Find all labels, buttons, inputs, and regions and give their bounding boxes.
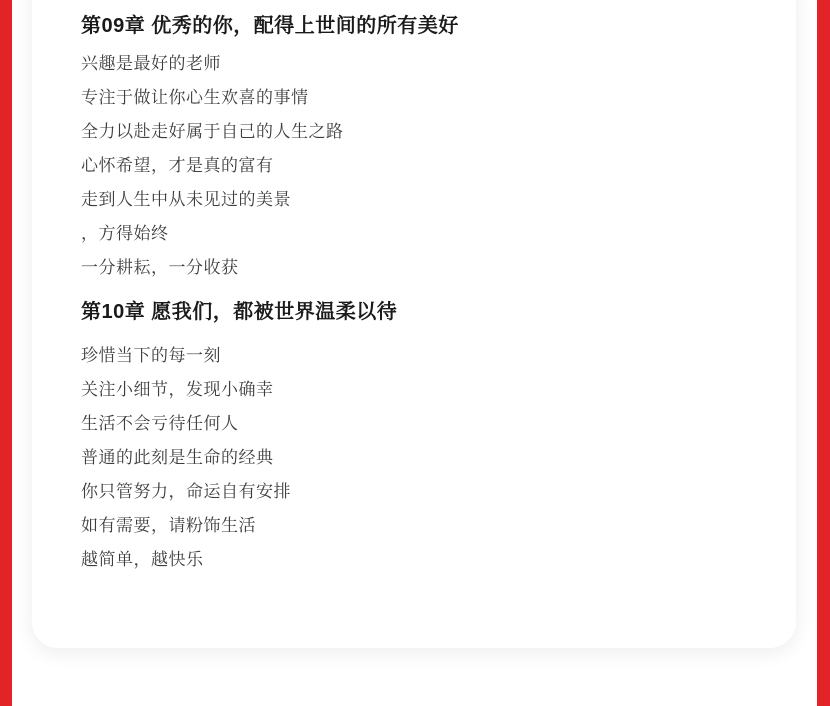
toc-line: 专注于做让你心生欢喜的事情 bbox=[81, 81, 756, 115]
toc-line: ，方得始终 bbox=[81, 217, 756, 251]
toc-line: 关注小细节，发现小确幸 bbox=[81, 373, 756, 407]
toc-line: 全力以赴走好属于自己的人生之路 bbox=[81, 115, 756, 149]
chapter-10-heading: 第10章 愿我们，都被世界温柔以待 bbox=[81, 298, 756, 326]
page-edge-left-red-bar bbox=[0, 0, 12, 706]
toc-line: 兴趣是最好的老师 bbox=[81, 47, 756, 81]
page-background: 第09章 优秀的你，配得上世间的所有美好 兴趣是最好的老师 专注于做让你心生欢喜… bbox=[0, 0, 830, 706]
toc-line: 普通的此刻是生命的经典 bbox=[81, 441, 756, 475]
toc-line: 生活不会亏待任何人 bbox=[81, 407, 756, 441]
chapter-09-section-list: 兴趣是最好的老师 专注于做让你心生欢喜的事情 全力以赴走好属于自己的人生之路 心… bbox=[81, 47, 756, 285]
toc-line: 心怀希望，才是真的富有 bbox=[81, 149, 756, 183]
toc-line: 走到人生中从未见过的美景 bbox=[81, 183, 756, 217]
toc-line: 你只管努力，命运自有安排 bbox=[81, 475, 756, 509]
chapter-09-heading: 第09章 优秀的你，配得上世间的所有美好 bbox=[81, 12, 756, 40]
toc-line: 越简单，越快乐 bbox=[81, 543, 756, 577]
table-of-contents-card: 第09章 优秀的你，配得上世间的所有美好 兴趣是最好的老师 专注于做让你心生欢喜… bbox=[32, 0, 796, 648]
page-edge-right-red-bar bbox=[817, 0, 830, 706]
toc-line: 如有需要，请粉饰生活 bbox=[81, 509, 756, 543]
toc-line: 一分耕耘，一分收获 bbox=[81, 251, 756, 285]
chapter-10-section-list: 珍惜当下的每一刻 关注小细节，发现小确幸 生活不会亏待任何人 普通的此刻是生命的… bbox=[81, 339, 756, 577]
toc-line: 珍惜当下的每一刻 bbox=[81, 339, 756, 373]
